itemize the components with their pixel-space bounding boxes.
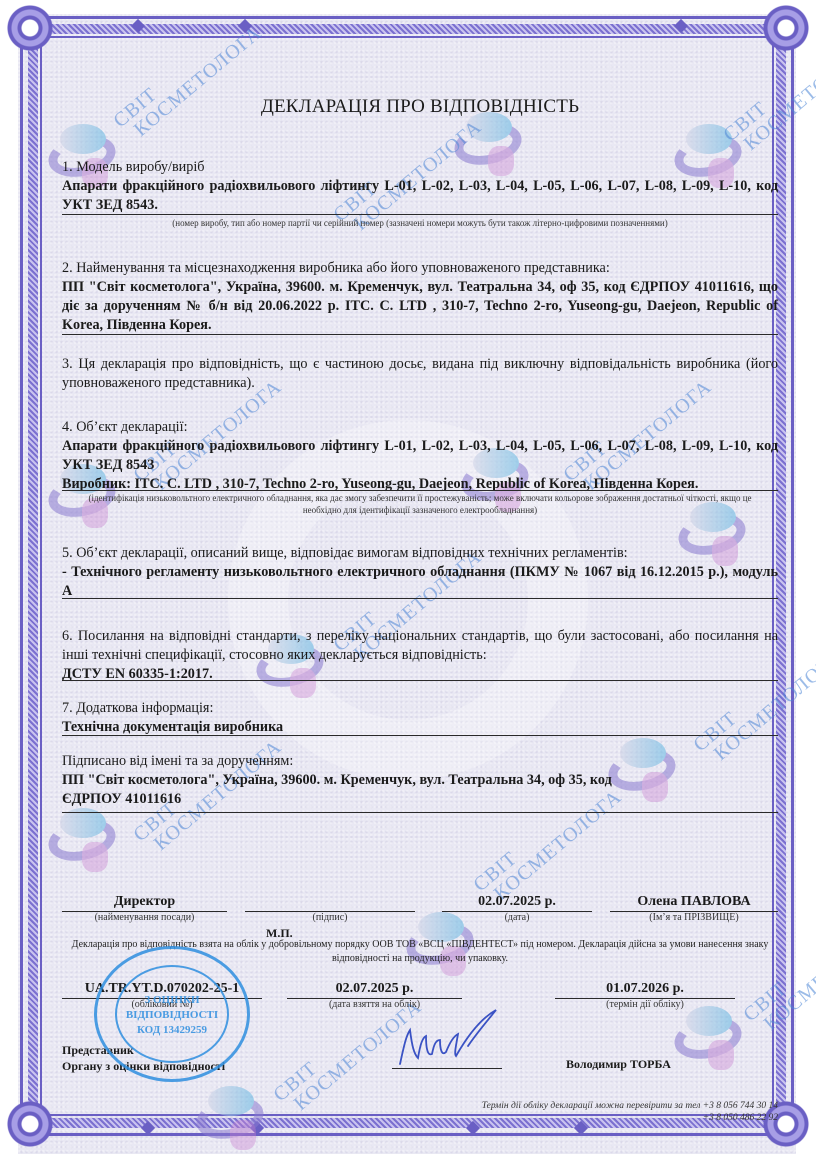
- declaration-page: СВІТКОСМЕТОЛОГА СВІТКОСМЕТОЛОГА СВІТКОСМ…: [0, 0, 816, 1168]
- divider: [62, 490, 778, 491]
- section-6: 6. Посилання на відповідні стандарти, з …: [62, 627, 778, 684]
- corner-ornament-icon: [6, 4, 54, 52]
- registration-date: 02.07.2025 р.: [287, 981, 462, 997]
- signature-date: 02.07.2025 р.: [442, 894, 592, 910]
- section-2-value: ПП "Світ косметолога", Україна, 39600. м…: [62, 278, 778, 335]
- section-5-value: - Технічного регламенту низьковольтного …: [62, 563, 778, 601]
- section-3-text: 3. Ця декларація про відповідність, що є…: [62, 355, 778, 393]
- watermark-logo-icon: [42, 802, 122, 882]
- registration-expiry-caption: (термін дії обліку): [555, 999, 735, 1010]
- document-title: ДЕКЛАРАЦІЯ ПРО ВІДПОВІДНІСТЬ: [62, 96, 778, 118]
- date-caption: (дата): [442, 912, 592, 923]
- name-caption: (Ім’я та ПРІЗВИЩЕ): [610, 912, 778, 923]
- section-6-value: ДСТУ EN 60335-1:2017.: [62, 665, 778, 684]
- section-1-note: (номер виробу, тип або номер партії чи с…: [62, 217, 778, 229]
- signatory-position: Директор: [62, 894, 227, 910]
- signed-value: ПП "Світ косметолога", Україна, 39600. м…: [62, 771, 662, 809]
- signature-caption: (підпис): [245, 912, 415, 923]
- section-3: 3. Ця декларація про відповідність, що є…: [62, 355, 778, 393]
- section-1-label: 1. Модель виробу/виріб: [62, 158, 778, 177]
- divider: [62, 812, 778, 813]
- section-2: 2. Найменування та місцезнаходження виро…: [62, 259, 778, 335]
- representative-signature-line: [392, 1068, 502, 1069]
- signed-label: Підписано від імені та за дорученням:: [62, 752, 662, 771]
- section-4: 4. Об’єкт декларації: Апарати фракційног…: [62, 418, 778, 494]
- divider: [62, 680, 778, 681]
- divider: [62, 334, 778, 335]
- section-1-value: Апарати фракційного радіохвильового ліфт…: [62, 177, 778, 215]
- stamp-line-2: ВІДПОВІДНОСТІ: [97, 1008, 247, 1023]
- handwritten-signature-icon: [392, 1006, 502, 1066]
- section-4-label: 4. Об’єкт декларації:: [62, 418, 778, 437]
- section-6-label: 6. Посилання на відповідні стандарти, з …: [62, 627, 778, 665]
- registration-expiry: 01.07.2026 р.: [555, 981, 735, 997]
- corner-ornament-icon: [6, 1100, 54, 1148]
- official-stamp: З ОЦІНКИ ВІДПОВІДНОСТІ КОД 13429259: [94, 946, 250, 1082]
- section-4-note: (ідентифікація низьковольтного електричн…: [62, 492, 778, 516]
- watermark-logo-icon: [190, 1080, 270, 1160]
- verification-footer: Термін дії обліку декларації можна перев…: [482, 1100, 778, 1124]
- section-7-label: 7. Додаткова інформація:: [62, 699, 778, 718]
- signatory-name: Олена ПАВЛОВА: [610, 894, 778, 910]
- representative-name: Володимир ТОРБА: [566, 1055, 766, 1074]
- footer-line-1: Термін дії обліку декларації можна перев…: [482, 1100, 778, 1112]
- section-5-label: 5. Об’єкт декларації, описаний вище, від…: [62, 544, 778, 563]
- stamp-line-1: З ОЦІНКИ: [97, 993, 247, 1008]
- section-4-value: Апарати фракційного радіохвильового ліфт…: [62, 437, 778, 475]
- section-2-label: 2. Найменування та місцезнаходження виро…: [62, 259, 778, 278]
- position-caption: (найменування посади): [62, 912, 227, 923]
- signed-on-behalf: Підписано від імені та за дорученням: ПП…: [62, 752, 662, 809]
- divider: [62, 735, 778, 736]
- section-5: 5. Об’єкт декларації, описаний вище, від…: [62, 544, 778, 601]
- corner-ornament-icon: [762, 4, 810, 52]
- divider: [62, 598, 778, 599]
- footer-line-2: +3 8 050 486 22 92: [482, 1112, 778, 1124]
- section-1: 1. Модель виробу/виріб Апарати фракційно…: [62, 158, 778, 215]
- section-7: 7. Додаткова інформація: Технічна докуме…: [62, 699, 778, 737]
- stamp-line-3: КОД 13429259: [97, 1023, 247, 1038]
- divider: [62, 214, 778, 215]
